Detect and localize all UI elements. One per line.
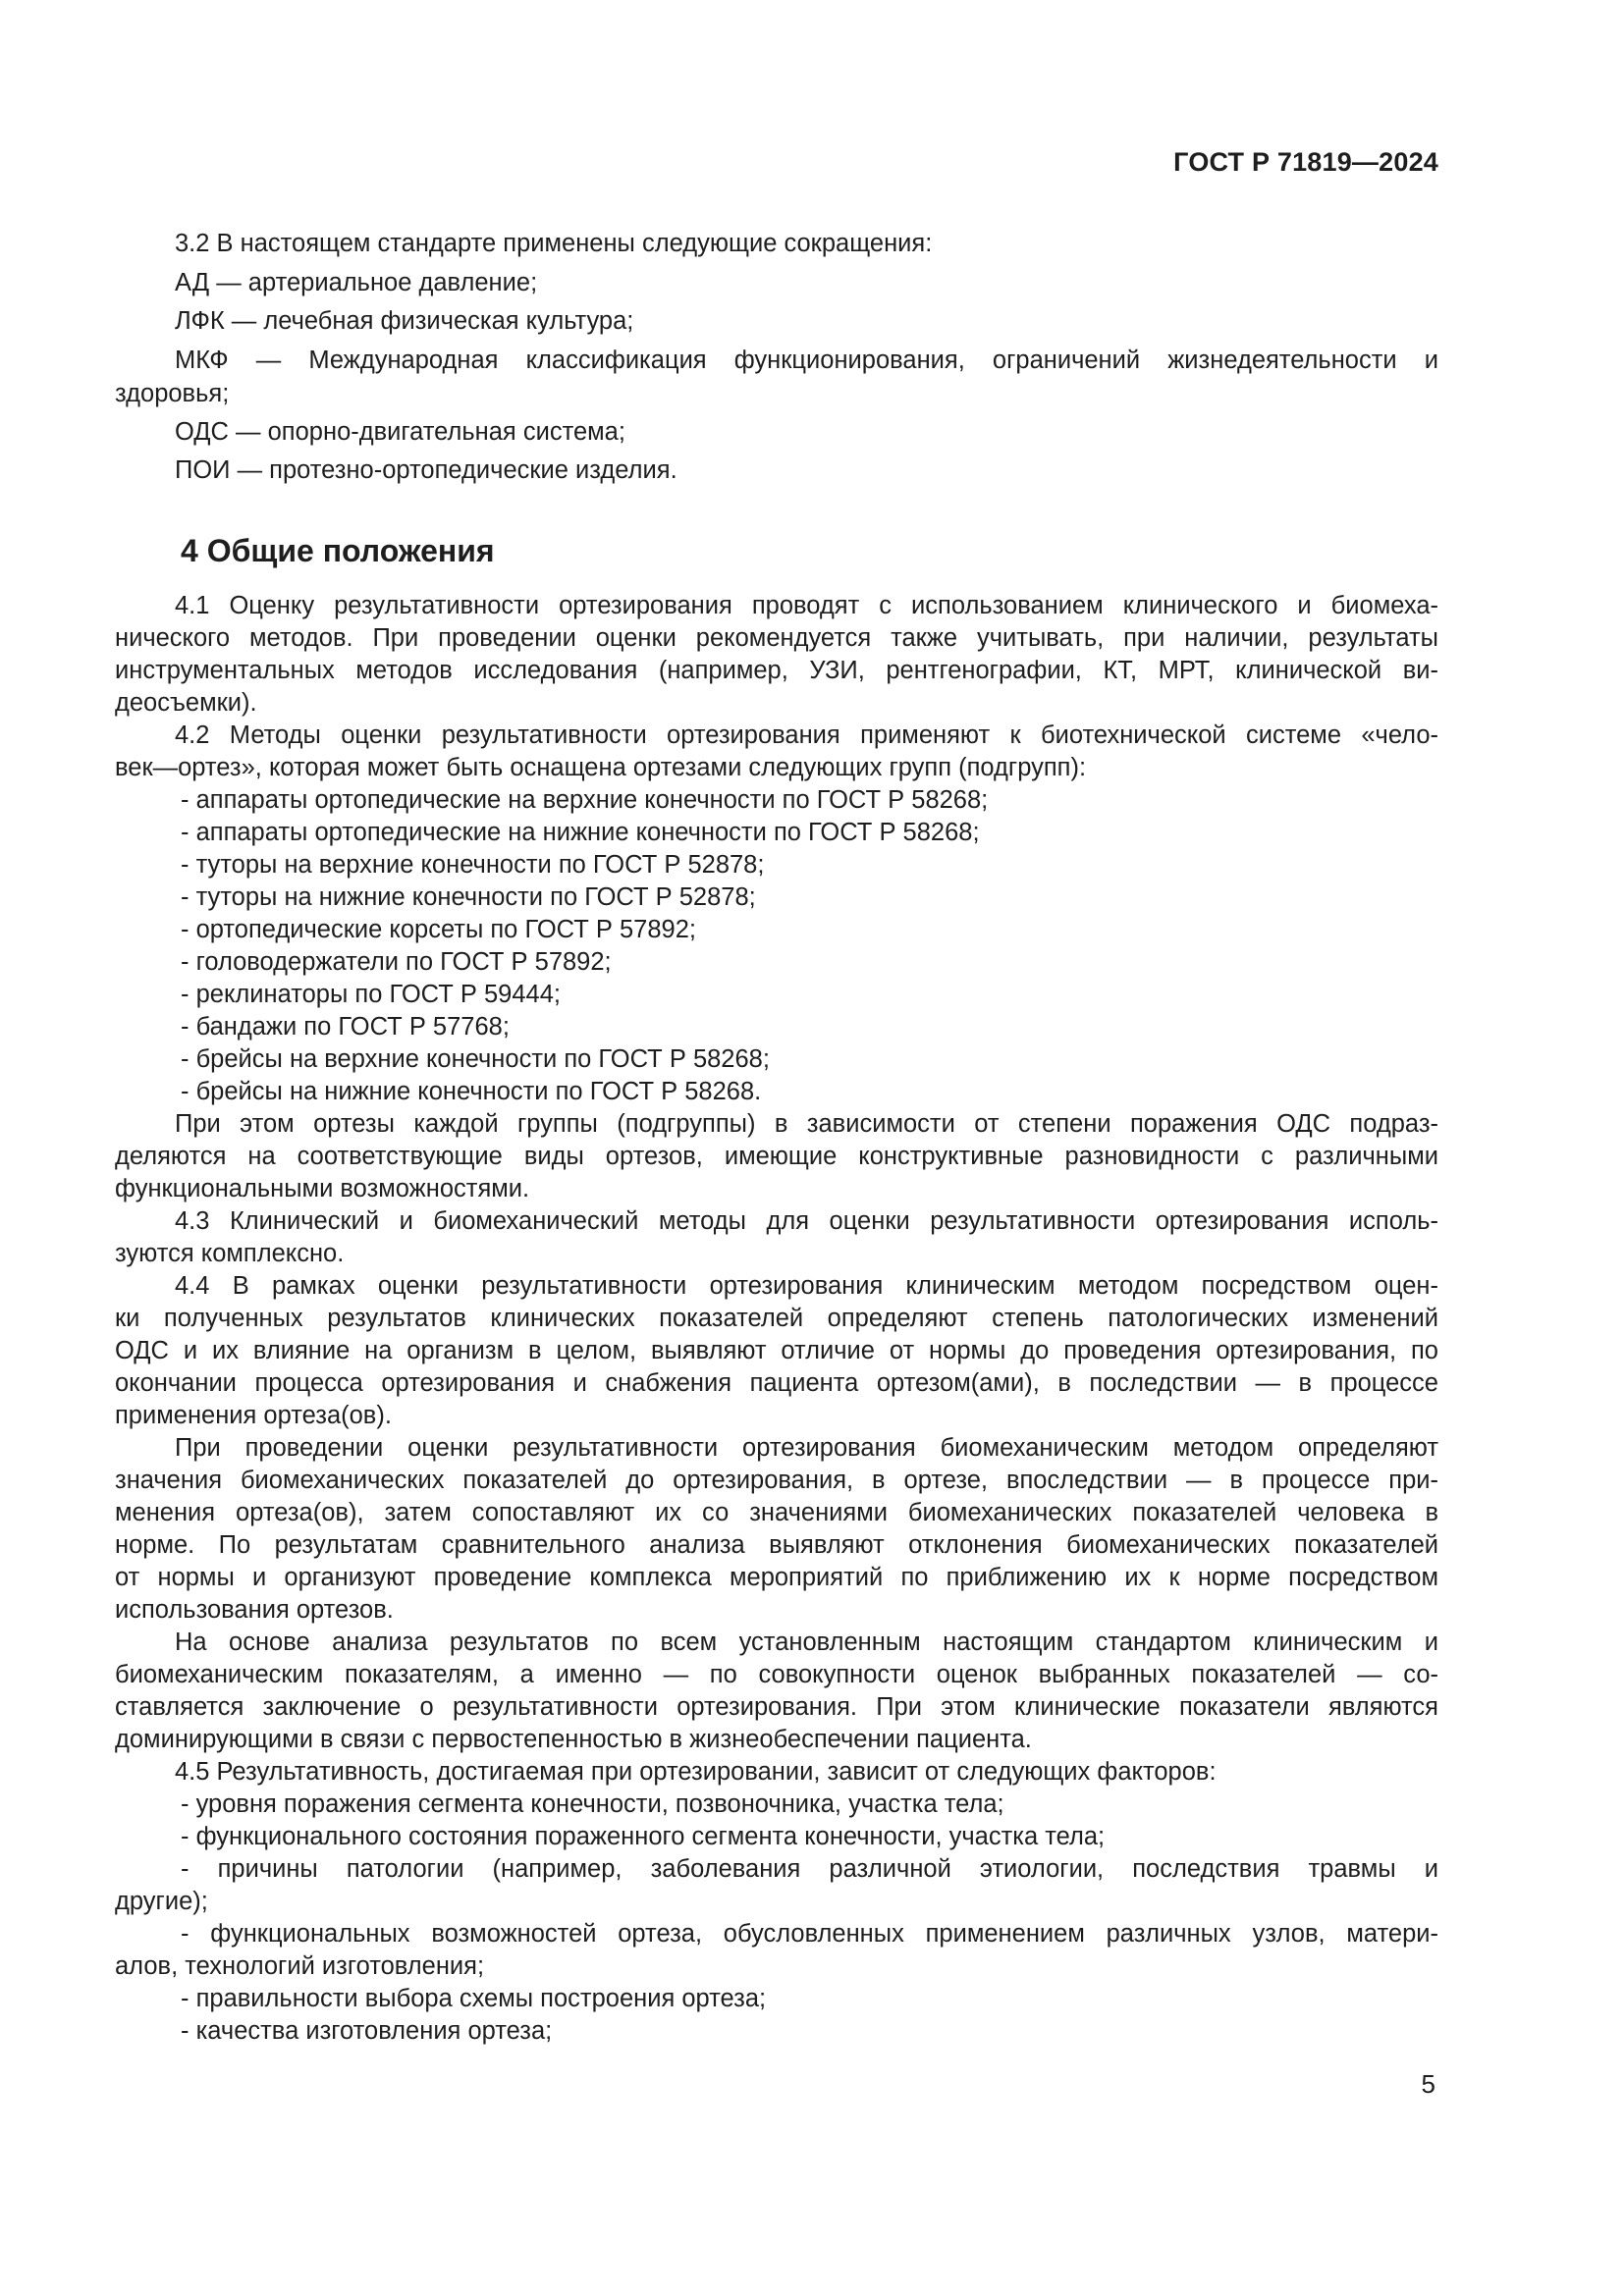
- abbreviation-ad: АД — артериальное давление;: [175, 268, 1438, 297]
- paragraph-groups-note-cont: деляются на соответствующие виды ортезов…: [115, 1142, 1438, 1171]
- paragraph-biomechanical-method-cont: от нормы и организуют проведение комплек…: [115, 1563, 1438, 1592]
- paragraph-biomechanical-method: При проведении оценки результативности о…: [175, 1433, 1438, 1463]
- orthosis-group-item: - реклинаторы по ГОСТ Р 59444;: [181, 980, 1438, 1009]
- orthosis-group-item: - брейсы на нижние конечности по ГОСТ Р …: [181, 1077, 1438, 1106]
- orthosis-group-item: - головодержатели по ГОСТ Р 57892;: [181, 947, 1438, 977]
- paragraph-4-4-cont: ки полученных результатов клинических по…: [115, 1304, 1438, 1333]
- orthosis-group-item: - бандажи по ГОСТ Р 57768;: [181, 1012, 1438, 1041]
- paragraph-biomechanical-method-cont: менения ортеза(ов), затем сопоставляют и…: [115, 1498, 1438, 1527]
- section-4-heading: 4 Общие положения: [181, 533, 495, 569]
- abbreviation-ods: ОДС — опорно-двигательная система;: [175, 417, 1438, 447]
- section-3-2-intro: 3.2 В настоящем стандарте применены след…: [175, 229, 1438, 258]
- paragraph-4-1-cont: инструментальных методов исследования (н…: [115, 656, 1438, 685]
- orthosis-group-item: - аппараты ортопедические на нижние коне…: [181, 818, 1438, 847]
- paragraph-4-4-cont: окончании процесса ортезирования и снабж…: [115, 1368, 1438, 1398]
- paragraph-biomechanical-method-cont: норме. По результатам сравнительного ана…: [115, 1530, 1438, 1560]
- page-number: 5: [1422, 2069, 1435, 2100]
- abbreviation-mkf-cont: здоровья;: [115, 379, 1438, 408]
- factor-item-cont: алов, технологий изготовления;: [115, 1951, 1438, 1981]
- paragraph-4-2: 4.2 Методы оценки результативности ортез…: [175, 721, 1438, 750]
- paragraph-conclusion-cont: ставляется заключение о результативности…: [115, 1692, 1438, 1722]
- factor-item: - функционального состояния пораженного …: [181, 1822, 1438, 1851]
- paragraph-4-3-cont: зуются комплексно.: [115, 1239, 1438, 1268]
- orthosis-group-item: - туторы на верхние конечности по ГОСТ Р…: [181, 850, 1438, 880]
- paragraph-4-5: 4.5 Результативность, достигаемая при ор…: [175, 1757, 1438, 1787]
- paragraph-4-4-cont: ОДС и их влияние на организм в целом, вы…: [115, 1336, 1438, 1365]
- paragraph-4-1-cont: нического методов. При проведении оценки…: [115, 623, 1438, 653]
- paragraph-biomechanical-method-cont: использования ортезов.: [115, 1595, 1438, 1625]
- paragraph-4-2-cont: век—ортез», которая может быть оснащена …: [115, 753, 1438, 782]
- factor-item-cont: другие);: [115, 1887, 1438, 1916]
- paragraph-conclusion: На основе анализа результатов по всем ус…: [175, 1628, 1438, 1657]
- abbreviation-poi: ПОИ — протезно-ортопедические изделия.: [175, 455, 1438, 485]
- abbreviation-mkf: МКФ — Международная классификация функци…: [175, 346, 1438, 375]
- paragraph-groups-note-cont: функциональными возможностями.: [115, 1174, 1438, 1203]
- orthosis-group-item: - туторы на нижние конечности по ГОСТ Р …: [181, 882, 1438, 912]
- paragraph-4-3: 4.3 Клинический и биомеханический методы…: [175, 1206, 1438, 1236]
- paragraph-4-4: 4.4 В рамках оценки результативности орт…: [175, 1271, 1438, 1301]
- orthosis-group-item: - брейсы на верхние конечности по ГОСТ Р…: [181, 1044, 1438, 1074]
- paragraph-4-1: 4.1 Оценку результативности ортезировани…: [175, 591, 1438, 620]
- factor-item: - уровня поражения сегмента конечности, …: [181, 1789, 1438, 1819]
- paragraph-4-1-cont: деосъемки).: [115, 688, 1438, 718]
- factor-item: - функциональных возможностей ортеза, об…: [181, 1919, 1438, 1949]
- orthosis-group-item: - ортопедические корсеты по ГОСТ Р 57892…: [181, 915, 1438, 944]
- orthosis-group-item: - аппараты ортопедические на верхние кон…: [181, 785, 1438, 815]
- paragraph-groups-note: При этом ортезы каждой группы (подгруппы…: [175, 1109, 1438, 1139]
- paragraph-biomechanical-method-cont: значения биомеханических показателей до …: [115, 1466, 1438, 1495]
- paragraph-conclusion-cont: биомеханическим показателям, а именно — …: [115, 1660, 1438, 1689]
- paragraph-conclusion-cont: доминирующими в связи с первостепенность…: [115, 1725, 1438, 1754]
- factor-item: - качества изготовления ортеза;: [181, 2016, 1438, 2046]
- abbreviation-lfk: ЛФК — лечебная физическая культура;: [175, 306, 1438, 336]
- document-header-gost-number: ГОСТ Р 71819—2024: [1173, 147, 1438, 178]
- factor-item: - правильности выбора схемы построения о…: [181, 1984, 1438, 2013]
- paragraph-4-4-cont: применения ортеза(ов).: [115, 1401, 1438, 1430]
- factor-item: - причины патологии (например, заболеван…: [181, 1854, 1438, 1884]
